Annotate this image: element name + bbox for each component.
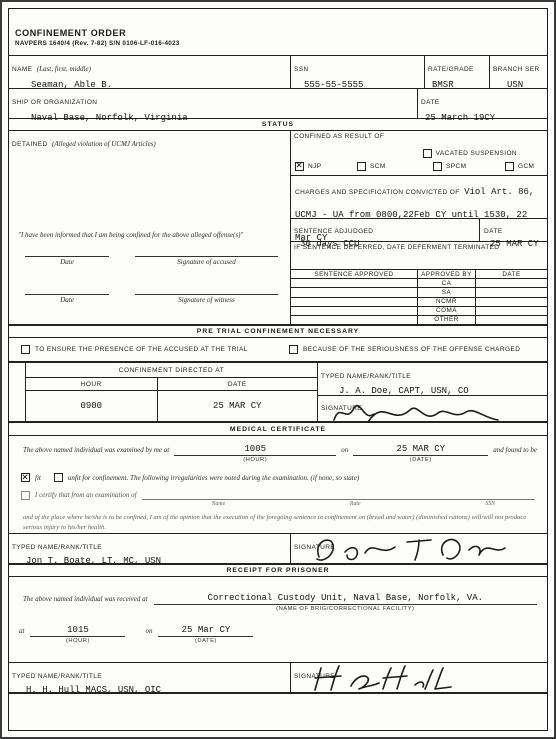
table-row: SA <box>291 288 547 297</box>
presence-checkbox <box>21 345 30 354</box>
seriousness-label: BECAUSE OF THE SERIOUSNESS OF THE OFFENS… <box>303 346 520 353</box>
scm-option: SCM <box>357 162 433 171</box>
table-row: COMA <box>291 307 547 316</box>
directed-at-subheaders: HOUR DATE <box>26 378 317 391</box>
receipt-typed-name-value: H. H. Hull MACS, USN, OIC <box>26 685 287 695</box>
directing-officer-cell: TYPED NAME/RANK/TITLE J. A. Doe, CAPT, U… <box>317 363 547 421</box>
officer-typed-name-field: TYPED NAME/RANK/TITLE J. A. Doe, CAPT, U… <box>318 363 547 396</box>
form-title-block: CONFINEMENT ORDER NAVPERS 1640/4 (Rev. 7… <box>9 9 547 55</box>
received-pre-text: The above named individual was received … <box>23 593 148 603</box>
pretrial-option-presence: TO ENSURE THE PRESENCE OF THE ACCUSED AT… <box>21 345 289 354</box>
pretrial-option-seriousness: BECAUSE OF THE SERIOUSNESS OF THE OFFENS… <box>289 345 547 354</box>
received-line: The above named individual was received … <box>23 593 537 612</box>
examined-pre-text: The above named individual was examined … <box>23 444 169 454</box>
examined-date-value: 25 MAR CY <box>353 444 488 456</box>
medical-officer-row: TYPED NAME/RANK/TITLE Jon T. Boate, LT, … <box>9 533 547 563</box>
certify-blank-line: Name Rate SSN <box>142 491 535 507</box>
examined-post-text: and found to be <box>493 444 537 454</box>
detained-label: DETAINED <box>12 141 48 148</box>
receiving-officer-row: TYPED NAME/RANK/TITLE H. H. Hull MACS, U… <box>9 662 547 694</box>
unfit-checkbox <box>54 473 63 482</box>
receipt-signature-field: SIGNATURE <box>290 663 547 692</box>
detained-cell: DETAINED (Alleged violation of UCMJ Arti… <box>9 131 291 324</box>
status-section: DETAINED (Alleged violation of UCMJ Arti… <box>9 131 547 324</box>
confined-cell: CONFINED AS RESULT OF VACATED SUSPENSION… <box>291 131 547 324</box>
table-row: OTHER <box>291 316 547 324</box>
vacated-suspension-checkbox <box>423 149 432 158</box>
name-label: NAME <box>12 66 32 73</box>
spcm-label: SPCM <box>446 163 466 170</box>
seriousness-checkbox <box>289 345 298 354</box>
sentence-date-label: DATE <box>484 228 502 235</box>
pretrial-section-header: PRE TRIAL CONFINEMENT NECESSARY <box>9 324 547 338</box>
gcm-checkbox <box>505 162 514 171</box>
gcm-option: GCM <box>505 162 537 171</box>
name-hint: (Last, first, middle) <box>37 65 91 73</box>
spcm-checkbox <box>433 162 442 171</box>
received-date-value: 25 Mar CY <box>158 625 253 637</box>
sentence-deferred-label: IF SENTENCE DEFERRED, DATE DEFERMENT TER… <box>291 242 547 269</box>
certify-text: I certify that from an examination of <box>35 491 137 499</box>
facility-blank: Correctional Custody Unit, Naval Base, N… <box>154 593 537 612</box>
received-hour-caption: (HOUR) <box>66 638 90 644</box>
directed-at-header: CONFINEMENT DIRECTED AT <box>26 363 317 378</box>
witness-signature-group: Date Signature of witness <box>25 294 278 304</box>
date-label: DATE <box>421 99 439 106</box>
receipt-section: The above named individual was received … <box>9 577 547 662</box>
hull-signature-image <box>305 664 475 694</box>
vacated-suspension-option: VACATED SUSPENSION <box>291 147 547 159</box>
accused-date-line: Date <box>25 256 109 266</box>
facility-caption: (NAME OF BRIG/CORRECTIONAL FACILITY) <box>276 606 414 612</box>
scanned-form-page: CONFINEMENT ORDER NAVPERS 1640/4 (Rev. 7… <box>0 0 556 739</box>
examined-hour-value: 1005 <box>174 444 336 456</box>
sentence-approved-header: SENTENCE APPROVED <box>291 270 417 278</box>
medical-typed-name-label: TYPED NAME/RANK/TITLE <box>12 544 102 551</box>
opinion-paragraph: and of the place where he/she is to be c… <box>23 513 535 533</box>
identity-row-2: SHIP OR ORGANIZATION Naval Base, Norfolk… <box>9 88 547 118</box>
branch-ser-label: BRANCH SER <box>493 66 540 73</box>
directed-at-values: 0900 25 MAR CY <box>26 391 317 421</box>
ship-organization-field: SHIP OR ORGANIZATION Naval Base, Norfolk… <box>9 89 417 118</box>
sentence-adjudged-field: SENTENCE ADJUDGED 30 days CCU <box>291 219 479 241</box>
ssn-label: SSN <box>294 66 309 73</box>
officer-signature-field: SIGNATURE <box>318 396 547 421</box>
approver-ca: CA <box>417 279 475 287</box>
received-date-blank: 25 Mar CY (DATE) <box>158 625 253 644</box>
receipt-typed-name-label: TYPED NAME/RANK/TITLE <box>12 673 102 680</box>
officer-typed-name-value: J. A. Doe, CAPT, USN, CO <box>339 386 544 396</box>
medical-section: The above named individual was examined … <box>9 436 547 533</box>
receipt-section-header: RECEIPT FOR PRISONER <box>9 563 547 577</box>
approver-ncmr: NCMR <box>417 298 475 306</box>
fitness-line: fit unfit for confinement. The following… <box>21 473 537 482</box>
vacated-suspension-label: VACATED SUSPENSION <box>436 150 517 157</box>
charges-field: CHARGES AND SPECIFICATION CONVICTED OF V… <box>291 176 547 219</box>
directed-at-table-wrap: CONFINEMENT DIRECTED AT HOUR DATE 0900 2… <box>9 363 317 421</box>
receipt-typed-name-field: TYPED NAME/RANK/TITLE H. H. Hull MACS, U… <box>9 663 290 692</box>
court-type-options: NJP SCM SPCM GCM <box>291 159 547 176</box>
presence-label: TO ENSURE THE PRESENCE OF THE ACCUSED AT… <box>35 346 248 353</box>
medical-signature-field: SIGNATURE <box>290 534 547 563</box>
on-word: on <box>341 444 348 454</box>
fit-checkbox-checked <box>21 473 30 482</box>
sentence-adjudged-label: SENTENCE ADJUDGED <box>294 228 373 235</box>
boate-signature-image <box>305 535 515 565</box>
name-field: NAME (Last, first, middle) Seaman, Able … <box>9 56 290 88</box>
njp-option: NJP <box>295 162 357 171</box>
detained-hint: (Alleged violation of UCMJ Articles) <box>52 140 156 148</box>
sentence-date-field: DATE 25 MAR CY <box>479 219 547 241</box>
received-hour-blank: 1015 (HOUR) <box>30 625 125 644</box>
examined-date-blank: 25 MAR CY (DATE) <box>353 444 488 463</box>
confinement-directed-section: CONFINEMENT DIRECTED AT HOUR DATE 0900 2… <box>9 361 547 421</box>
sentence-approval-table: SENTENCE APPROVED APPROVED BY DATE CA SA… <box>291 269 547 324</box>
received-on-word: on <box>145 625 152 635</box>
rate-caption: Rate <box>350 501 361 507</box>
date-caption: (DATE) <box>410 457 432 463</box>
ship-organization-value: Naval Base, Norfolk, Virginia <box>31 113 414 123</box>
doe-signature-image <box>326 396 506 428</box>
form-number: NAVPERS 1640/4 (Rev. 7-82) S/N 0106-LF-0… <box>15 40 541 47</box>
examined-hour-blank: 1005 (HOUR) <box>174 444 336 463</box>
directed-date-value: 25 MAR CY <box>157 391 318 421</box>
spcm-option: SPCM <box>433 162 505 171</box>
charges-label: CHARGES AND SPECIFICATION CONVICTED OF <box>295 189 460 196</box>
directed-at-table: CONFINEMENT DIRECTED AT HOUR DATE 0900 2… <box>25 363 317 421</box>
name-caption: Name <box>212 501 226 507</box>
received-hour-value: 1015 <box>30 625 125 637</box>
certify-line: I certify that from an examination of Na… <box>21 491 535 507</box>
rate-grade-field: RATE/GRADE BMSR <box>424 56 489 88</box>
at-word: at <box>19 625 24 635</box>
scm-label: SCM <box>370 163 386 170</box>
approver-coma: COMA <box>417 307 475 315</box>
certify-checkbox <box>21 491 30 500</box>
fit-label: fit <box>35 474 41 482</box>
table-row: NCMR <box>291 298 547 307</box>
identity-row-1: NAME (Last, first, middle) Seaman, Able … <box>9 55 547 88</box>
gcm-label: GCM <box>518 163 534 170</box>
witness-signature-line: Signature of witness <box>135 294 278 304</box>
table-row: CA <box>291 279 547 288</box>
approval-date-header: DATE <box>475 270 547 278</box>
hour-header: HOUR <box>26 378 157 390</box>
certify-captions: Name Rate SSN <box>142 500 535 507</box>
witness-date-line: Date <box>25 294 109 304</box>
receiving-officer-content: TYPED NAME/RANK/TITLE H. H. Hull MACS, U… <box>9 663 547 694</box>
date-value: 25 March 19CY <box>425 113 544 123</box>
approval-table-header: SENTENCE APPROVED APPROVED BY DATE <box>291 270 547 279</box>
njp-label: NJP <box>308 163 321 170</box>
form-title: CONFINEMENT ORDER <box>15 28 541 38</box>
ssn-field: SSN 555-55-5555 <box>290 56 424 88</box>
facility-value: Correctional Custody Unit, Naval Base, N… <box>154 593 537 605</box>
accused-signature-line: Signature of accused <box>135 256 278 266</box>
received-date-caption: (DATE) <box>195 638 217 644</box>
sentence-row: SENTENCE ADJUDGED 30 days CCU DATE 25 MA… <box>291 219 547 242</box>
examined-line: The above named individual was examined … <box>23 444 537 463</box>
confined-as-result-label: CONFINED AS RESULT OF <box>291 131 547 147</box>
accused-signature-group: Date Signature of accused <box>25 256 278 266</box>
ship-organization-label: SHIP OR ORGANIZATION <box>12 99 97 106</box>
medical-typed-name-field: TYPED NAME/RANK/TITLE Jon T. Boate, LT, … <box>9 534 290 563</box>
received-time-line: at 1015 (HOUR) on 25 Mar CY (DATE) <box>19 625 547 644</box>
ssn-caption: SSN <box>485 501 495 507</box>
unfit-text: unfit for confinement. The following irr… <box>68 474 359 482</box>
branch-ser-field: BRANCH SER USN <box>489 56 547 88</box>
certify-write-in-line <box>142 491 535 500</box>
pretrial-options: TO ENSURE THE PRESENCE OF THE ACCUSED AT… <box>9 338 547 361</box>
approver-other: OTHER <box>417 316 475 324</box>
approver-sa: SA <box>417 288 475 296</box>
njp-checkbox-checked <box>295 162 304 171</box>
hour-caption: (HOUR) <box>243 457 267 463</box>
date-field: DATE 25 March 19CY <box>417 89 547 118</box>
scm-checkbox <box>357 162 366 171</box>
approved-by-header: APPROVED BY <box>417 270 475 278</box>
rate-grade-label: RATE/GRADE <box>428 66 474 73</box>
informed-statement: "I have been informed that I am being co… <box>18 231 266 241</box>
officer-typed-name-label: TYPED NAME/RANK/TITLE <box>321 373 411 380</box>
directed-hour-value: 0900 <box>26 391 157 421</box>
date-header: DATE <box>157 378 318 390</box>
confinement-order-form: CONFINEMENT ORDER NAVPERS 1640/4 (Rev. 7… <box>8 8 548 731</box>
